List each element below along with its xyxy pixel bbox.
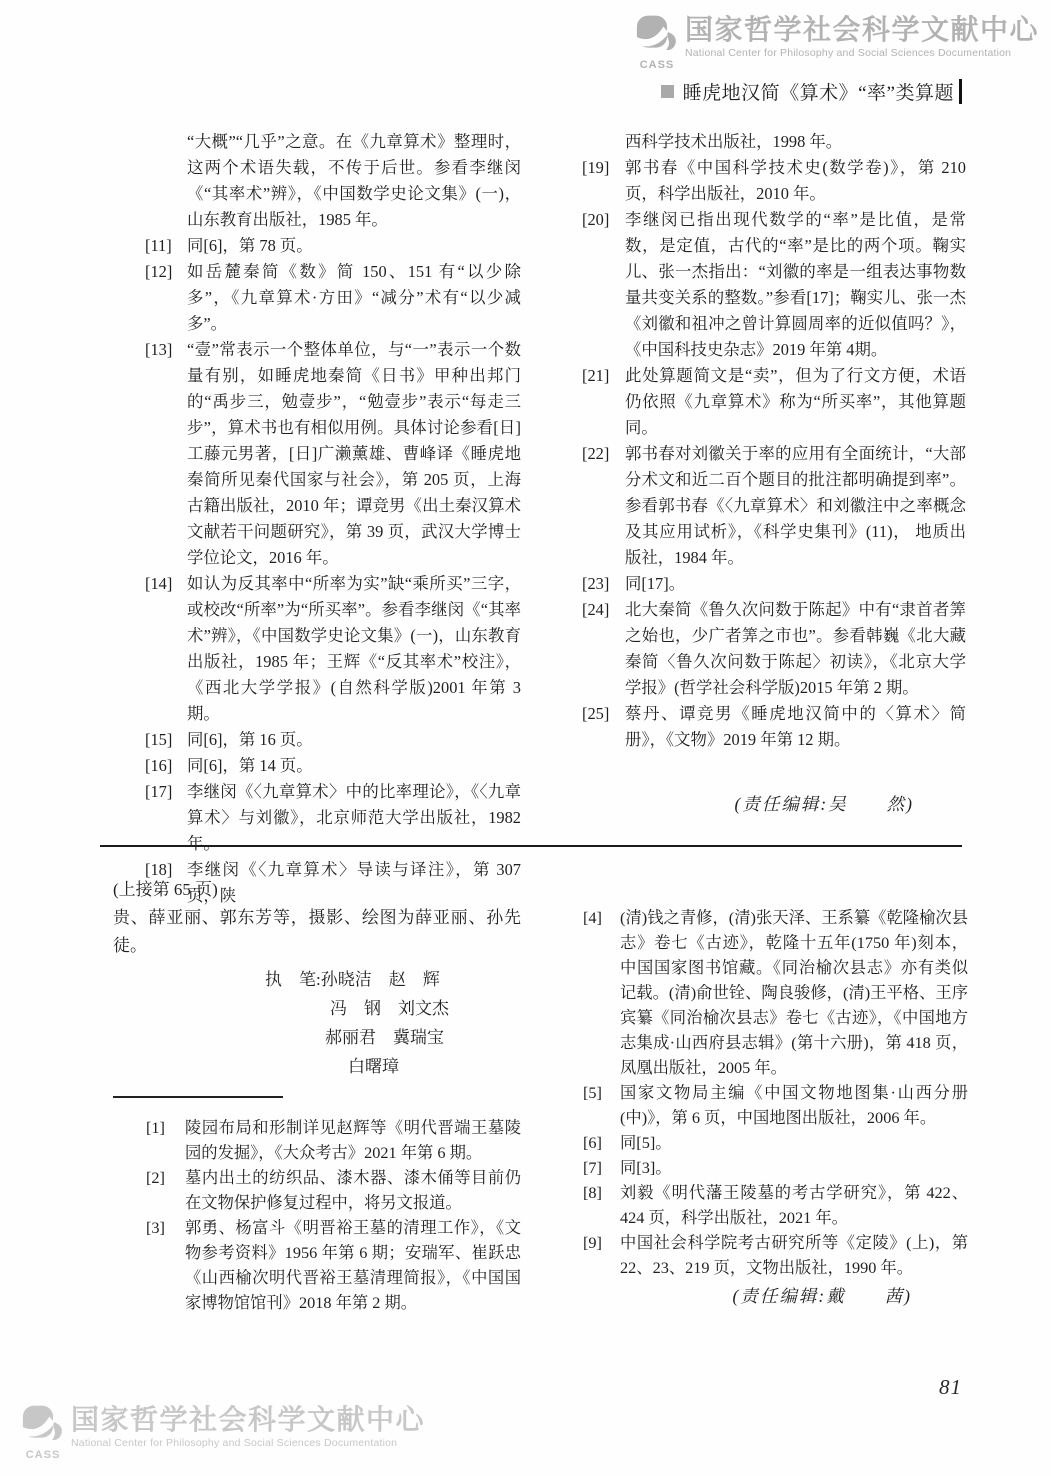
- article-divider-rule: [100, 845, 962, 847]
- byline-row: 执 笔:孙晓洁 赵 辉: [265, 965, 521, 994]
- article2-body-text: 贵、薛亚丽、郭东芳等，摄影、绘图为薛亚丽、孙先徒。: [113, 904, 521, 960]
- cass-name-en: National Center for Philosophy and Socia…: [71, 1437, 425, 1449]
- footnote-3: [3]郭勇、杨富斗《明晋裕王墓的清理工作》，《文物参考资料》1956 年第 6 …: [146, 1215, 521, 1315]
- endnote-11: [11]同[6]，第 78 页。: [145, 233, 521, 259]
- article2-right-column: [4](清)钱之青修，(清)张天泽、王系纂《乾隆榆次县志》卷七《古迹》，乾隆十五…: [583, 905, 968, 1309]
- article1-right-column: 西科学技术出版社，1998 年。 [19]郭书春《中国科学技术史(数学卷)》，第…: [582, 129, 966, 817]
- byline-row: 冯 钢 刘文杰: [330, 994, 521, 1023]
- byline-block: 执 笔:孙晓洁 赵 辉 冯 钢 刘文杰 郝丽君 冀瑞宝 白曙璋: [113, 965, 521, 1081]
- endnote-14: [14]如认为反其率中“所率为实”缺“乘所买”三字，或校改“所率”为“所买率”。…: [145, 571, 521, 727]
- footnote-4: [4](清)钱之青修，(清)张天泽、王系纂《乾隆榆次县志》卷七《古迹》，乾隆十五…: [583, 905, 968, 1080]
- endnote-13: [13]“壹”常表示一个整体单位，与“一”表示一个数量有别，如睡虎地秦简《日书》…: [145, 337, 521, 571]
- cass-name-cn: 国家哲学社会科学文献中心: [71, 1404, 425, 1436]
- running-head: 睡虎地汉简《算术》“率”类算题: [0, 78, 962, 105]
- endnote-23: [23]同[17]。: [582, 571, 966, 597]
- footnote-5: [5]国家文物局主编《中国文物地图集·山西分册(中)》，第 6 页，中国地图出版…: [583, 1080, 968, 1130]
- cass-logo-icon: [22, 1404, 64, 1447]
- cass-logo-icon: [636, 14, 678, 57]
- footnote-separator-rule: [113, 1096, 283, 1098]
- footnote-8: [8]刘毅《明代藩王陵墓的考古学研究》，第 422、424 页，科学出版社，20…: [583, 1180, 968, 1230]
- endnote-24: [24]北大秦简《鲁久次问数于陈起》中有“隶首者筭之始也，少广者筭之市也”。参看…: [582, 597, 966, 701]
- endnote-25: [25]蔡丹、谭竞男《睡虎地汉简中的〈算术〉简册》，《文物》2019 年第 12…: [582, 701, 966, 753]
- running-title: 睡虎地汉简《算术》“率”类算题: [683, 78, 954, 105]
- journal-page: CASS 国家哲学社会科学文献中心 National Center for Ph…: [0, 0, 1051, 1476]
- article2-editor-credit: (责任编辑:戴 茜): [583, 1284, 968, 1309]
- cass-name-cn: 国家哲学社会科学文献中心: [685, 14, 1039, 46]
- article1-editor-credit: (责任编辑:吴 然): [582, 791, 966, 817]
- section-square-icon: [661, 85, 674, 98]
- endnote-15: [15]同[6]，第 16 页。: [145, 727, 521, 753]
- cass-logo-top: CASS 国家哲学社会科学文献中心 National Center for Ph…: [636, 14, 1039, 71]
- footnote-9: [9]中国社会科学院考古研究所等《定陵》(上)，第22、23、219 页，文物出…: [583, 1230, 968, 1280]
- article1-left-column: “大概”“几乎”之意。在《九章算术》整理时，这两个术语失载，不传于后世。参看李继…: [145, 129, 521, 909]
- endnote-20: [20]李继闵已指出现代数学的“率”是比值，是常数，是定值，古代的“率”是比的两…: [582, 207, 966, 363]
- endnote-10-cont: “大概”“几乎”之意。在《九章算术》整理时，这两个术语失载，不传于后世。参看李继…: [145, 129, 521, 233]
- endnote-22: [22]郭书春对刘徽关于率的应用有全面统计，“大部分术文和近二百个题目的批注都明…: [582, 441, 966, 571]
- cass-abbr: CASS: [26, 1449, 61, 1461]
- footnote-1: [1]陵园布局和形制详见赵辉等《明代晋端王墓陵园的发掘》，《大众考古》2021 …: [146, 1115, 521, 1165]
- endnote-19: [19]郭书春《中国科学技术史(数学卷)》，第 210 页，科学出版社，2010…: [582, 155, 966, 207]
- cass-name-en: National Center for Philosophy and Socia…: [685, 47, 1039, 59]
- article2-left-column: (上接第 65 页) 贵、薛亚丽、郭东芳等，摄影、绘图为薛亚丽、孙先徒。 执 笔…: [113, 876, 521, 1315]
- endnote-12: [12]如岳麓秦简《数》简 150、151 有“以少除多”，《九章算术·方田》“…: [145, 259, 521, 337]
- title-end-bar-icon: [959, 79, 962, 104]
- endnote-21: [21]此处算题简文是“卖”，但为了行文方便，术语仍依照《九章算术》称为“所买率…: [582, 363, 966, 441]
- cass-logo-bottom: CASS 国家哲学社会科学文献中心 National Center for Ph…: [22, 1404, 425, 1461]
- cass-abbr: CASS: [640, 59, 675, 71]
- footnote-2: [2]墓内出土的纺织品、漆木器、漆木俑等目前仍在文物保护修复过程中，将另文报道。: [146, 1165, 521, 1215]
- continued-from-note: (上接第 65 页): [113, 876, 521, 904]
- byline-row: 白曙璋: [348, 1052, 521, 1081]
- footnote-7: [7]同[3]。: [583, 1155, 968, 1180]
- endnote-16: [16]同[6]，第 14 页。: [145, 753, 521, 779]
- article2-footnotes-left: [1]陵园布局和形制详见赵辉等《明代晋端王墓陵园的发掘》，《大众考古》2021 …: [146, 1115, 521, 1315]
- footnote-6: [6]同[5]。: [583, 1130, 968, 1155]
- page-number: 81: [939, 1375, 962, 1400]
- endnote-18-cont: 西科学技术出版社，1998 年。: [582, 129, 966, 155]
- byline-row: 郝丽君 冀瑞宝: [325, 1023, 521, 1052]
